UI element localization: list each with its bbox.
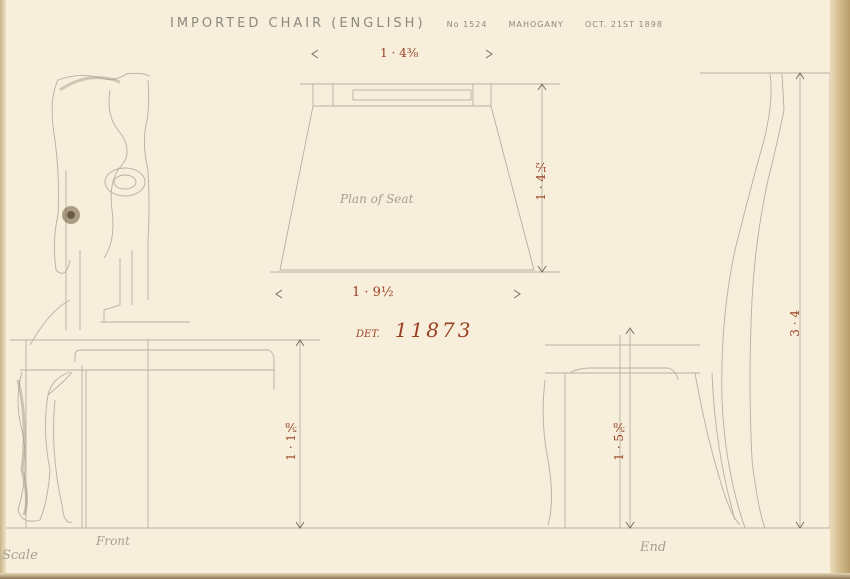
- plan-label: Plan of Seat: [340, 192, 413, 206]
- title-material: MAHOGANY: [509, 20, 564, 29]
- title-main: IMPORTED CHAIR (ENGLISH): [170, 16, 426, 31]
- drawing-title: IMPORTED CHAIR (ENGLISH) No 1524 MAHOGAN…: [170, 16, 677, 31]
- drawing-sheet: IMPORTED CHAIR (ENGLISH) No 1524 MAHOGAN…: [0, 0, 850, 579]
- plan-bottom-width: 1 · 9½: [352, 285, 394, 300]
- end-seat-height: 1 · 5⅝: [612, 420, 626, 461]
- paper-edge-bottom: [0, 573, 850, 579]
- title-date: OCT. 21ST 1898: [585, 20, 663, 29]
- chair-drawing-lines: [0, 0, 850, 579]
- plan-top-width: 1 · 4⅜: [380, 46, 418, 60]
- end-total-height: 3 · 4: [788, 310, 802, 337]
- front-view-label: Front: [96, 534, 130, 548]
- det-number: 11873: [395, 318, 474, 342]
- plan-depth: 1 · 4½: [534, 160, 548, 201]
- scale-note: Scale: [2, 548, 38, 563]
- det-label: DET.: [356, 329, 380, 340]
- front-seat-height: 1 · 1⅝: [284, 420, 298, 461]
- end-view-label: End: [640, 540, 666, 555]
- title-number: No 1524: [447, 20, 488, 29]
- det-reference: DET. 11873: [356, 318, 473, 342]
- paper-edge-right: [830, 0, 850, 579]
